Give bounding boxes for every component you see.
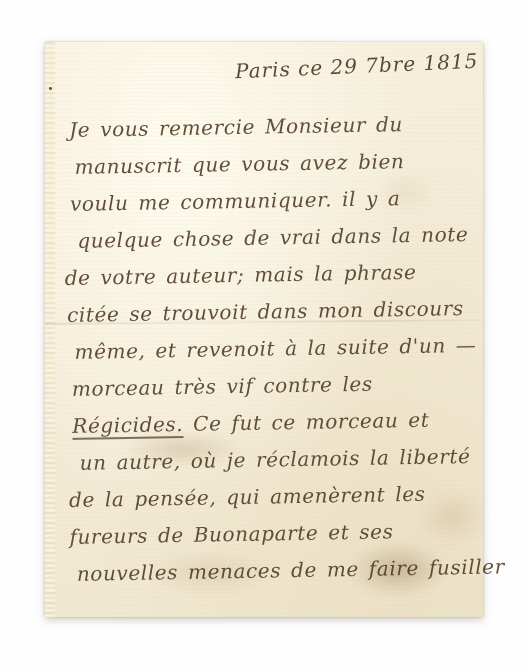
letter-body: Je vous remercie Monsieur dumanuscrit qu…: [63, 108, 482, 593]
letter-text-segment: de la pensée, qui amenèrent les: [69, 482, 426, 512]
letter-text-segment: fureurs de Buonaparte et ses: [69, 519, 393, 549]
deckle-edge: [45, 42, 55, 617]
letter-paper: Paris ce 29 7bre 1815 Je vous remercie M…: [45, 42, 483, 617]
letter-text-segment: manuscrit que vous avez bien: [74, 149, 404, 179]
letter-text-segment: nouvelles menaces de me faire fusiller: [77, 554, 505, 585]
letter-text-segment: Je vous remercie Monsieur du: [69, 112, 403, 142]
letter-text-segment: voulu me communiquer. il y a: [70, 186, 401, 216]
letter-text-segment: Ce fut ce morceau et: [183, 408, 430, 436]
paper-speck: [49, 87, 52, 90]
scan-background: Paris ce 29 7bre 1815 Je vous remercie M…: [0, 0, 530, 667]
letter-text-segment: morceau très vif contre les: [72, 372, 373, 401]
letter-line: nouvelles menaces de me faire fusiller: [77, 549, 483, 593]
underlined-word: Régicides.: [72, 412, 183, 438]
letter-dateline: Paris ce 29 7bre 1815: [235, 49, 479, 84]
letter-text-segment: citée se trouvoit dans mon discours: [67, 296, 464, 327]
letter-text-segment: même, et revenoit à la suite d'un —: [74, 333, 476, 364]
letter-text-segment: un autre, où je réclamois la liberté: [79, 444, 470, 475]
letter-text-segment: quelque chose de vrai dans la note: [77, 222, 468, 253]
letter-text-segment: de votre auteur; mais la phrase: [65, 260, 417, 290]
